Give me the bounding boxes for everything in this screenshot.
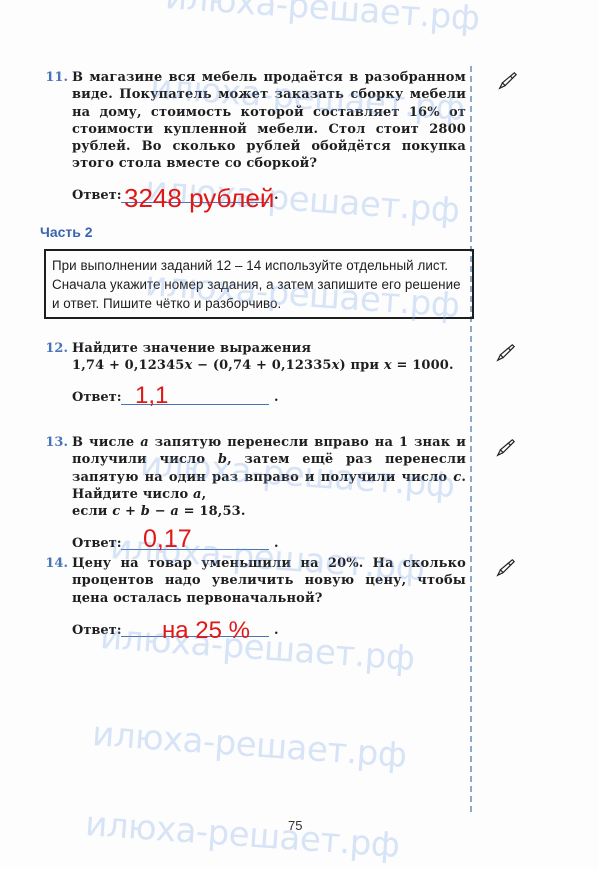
watermark: илюха-решает.рф — [84, 804, 401, 866]
answer-label: Ответ: — [72, 389, 122, 406]
task-text: Найдите значение выражения 1,74 + 0,1234… — [72, 340, 466, 375]
answer-value: на 25 % — [162, 622, 250, 639]
instruction-box: При выполнении заданий 12 – 14 используй… — [44, 249, 474, 319]
answer-label: Ответ: — [72, 187, 122, 204]
answer-value: 0,17 — [143, 531, 192, 548]
task-text: В числе a запятую перенесли вправо на 1 … — [72, 434, 466, 520]
task-text: Цену на товар уменьшили на 20%. На сколь… — [72, 555, 466, 607]
page-number: 75 — [288, 818, 302, 833]
pen-icon — [496, 70, 518, 92]
task-text: В магазине вся мебель продаётся в разобр… — [72, 69, 466, 173]
answer-value: 3248 рублей — [124, 190, 274, 207]
task-number: 13. — [40, 434, 68, 451]
task-number: 12. — [40, 340, 68, 357]
task-12: 12. Найдите значение выражения 1,74 + 0,… — [40, 340, 466, 409]
answer-row: Ответ: . 1,1 — [72, 383, 466, 409]
watermark: илюха-решает.рф — [91, 714, 408, 776]
task-number: 14. — [40, 555, 68, 572]
task-14: 14. Цену на товар уменьшили на 20%. На с… — [40, 555, 466, 641]
task-number: 11. — [40, 69, 68, 86]
watermark: илюха-решает.рф — [164, 0, 481, 39]
pen-icon — [494, 342, 516, 364]
answer-row: Ответ: . на 25 % — [72, 615, 466, 641]
margin-divider — [470, 66, 472, 812]
section-title: Часть 2 — [40, 224, 93, 240]
answer-value: 1,1 — [135, 387, 168, 404]
answer-label: Ответ: — [72, 535, 122, 552]
answer-label: Ответ: — [72, 622, 122, 639]
answer-row: Ответ: . 3248 рублей — [72, 181, 466, 207]
answer-row: Ответ: . 0,17 — [72, 528, 466, 554]
pen-icon — [494, 437, 516, 459]
task-11: 11. В магазине вся мебель продаётся в ра… — [40, 69, 466, 207]
pen-icon — [494, 557, 516, 579]
task-13: 13. В числе a запятую перенесли вправо н… — [40, 434, 466, 554]
